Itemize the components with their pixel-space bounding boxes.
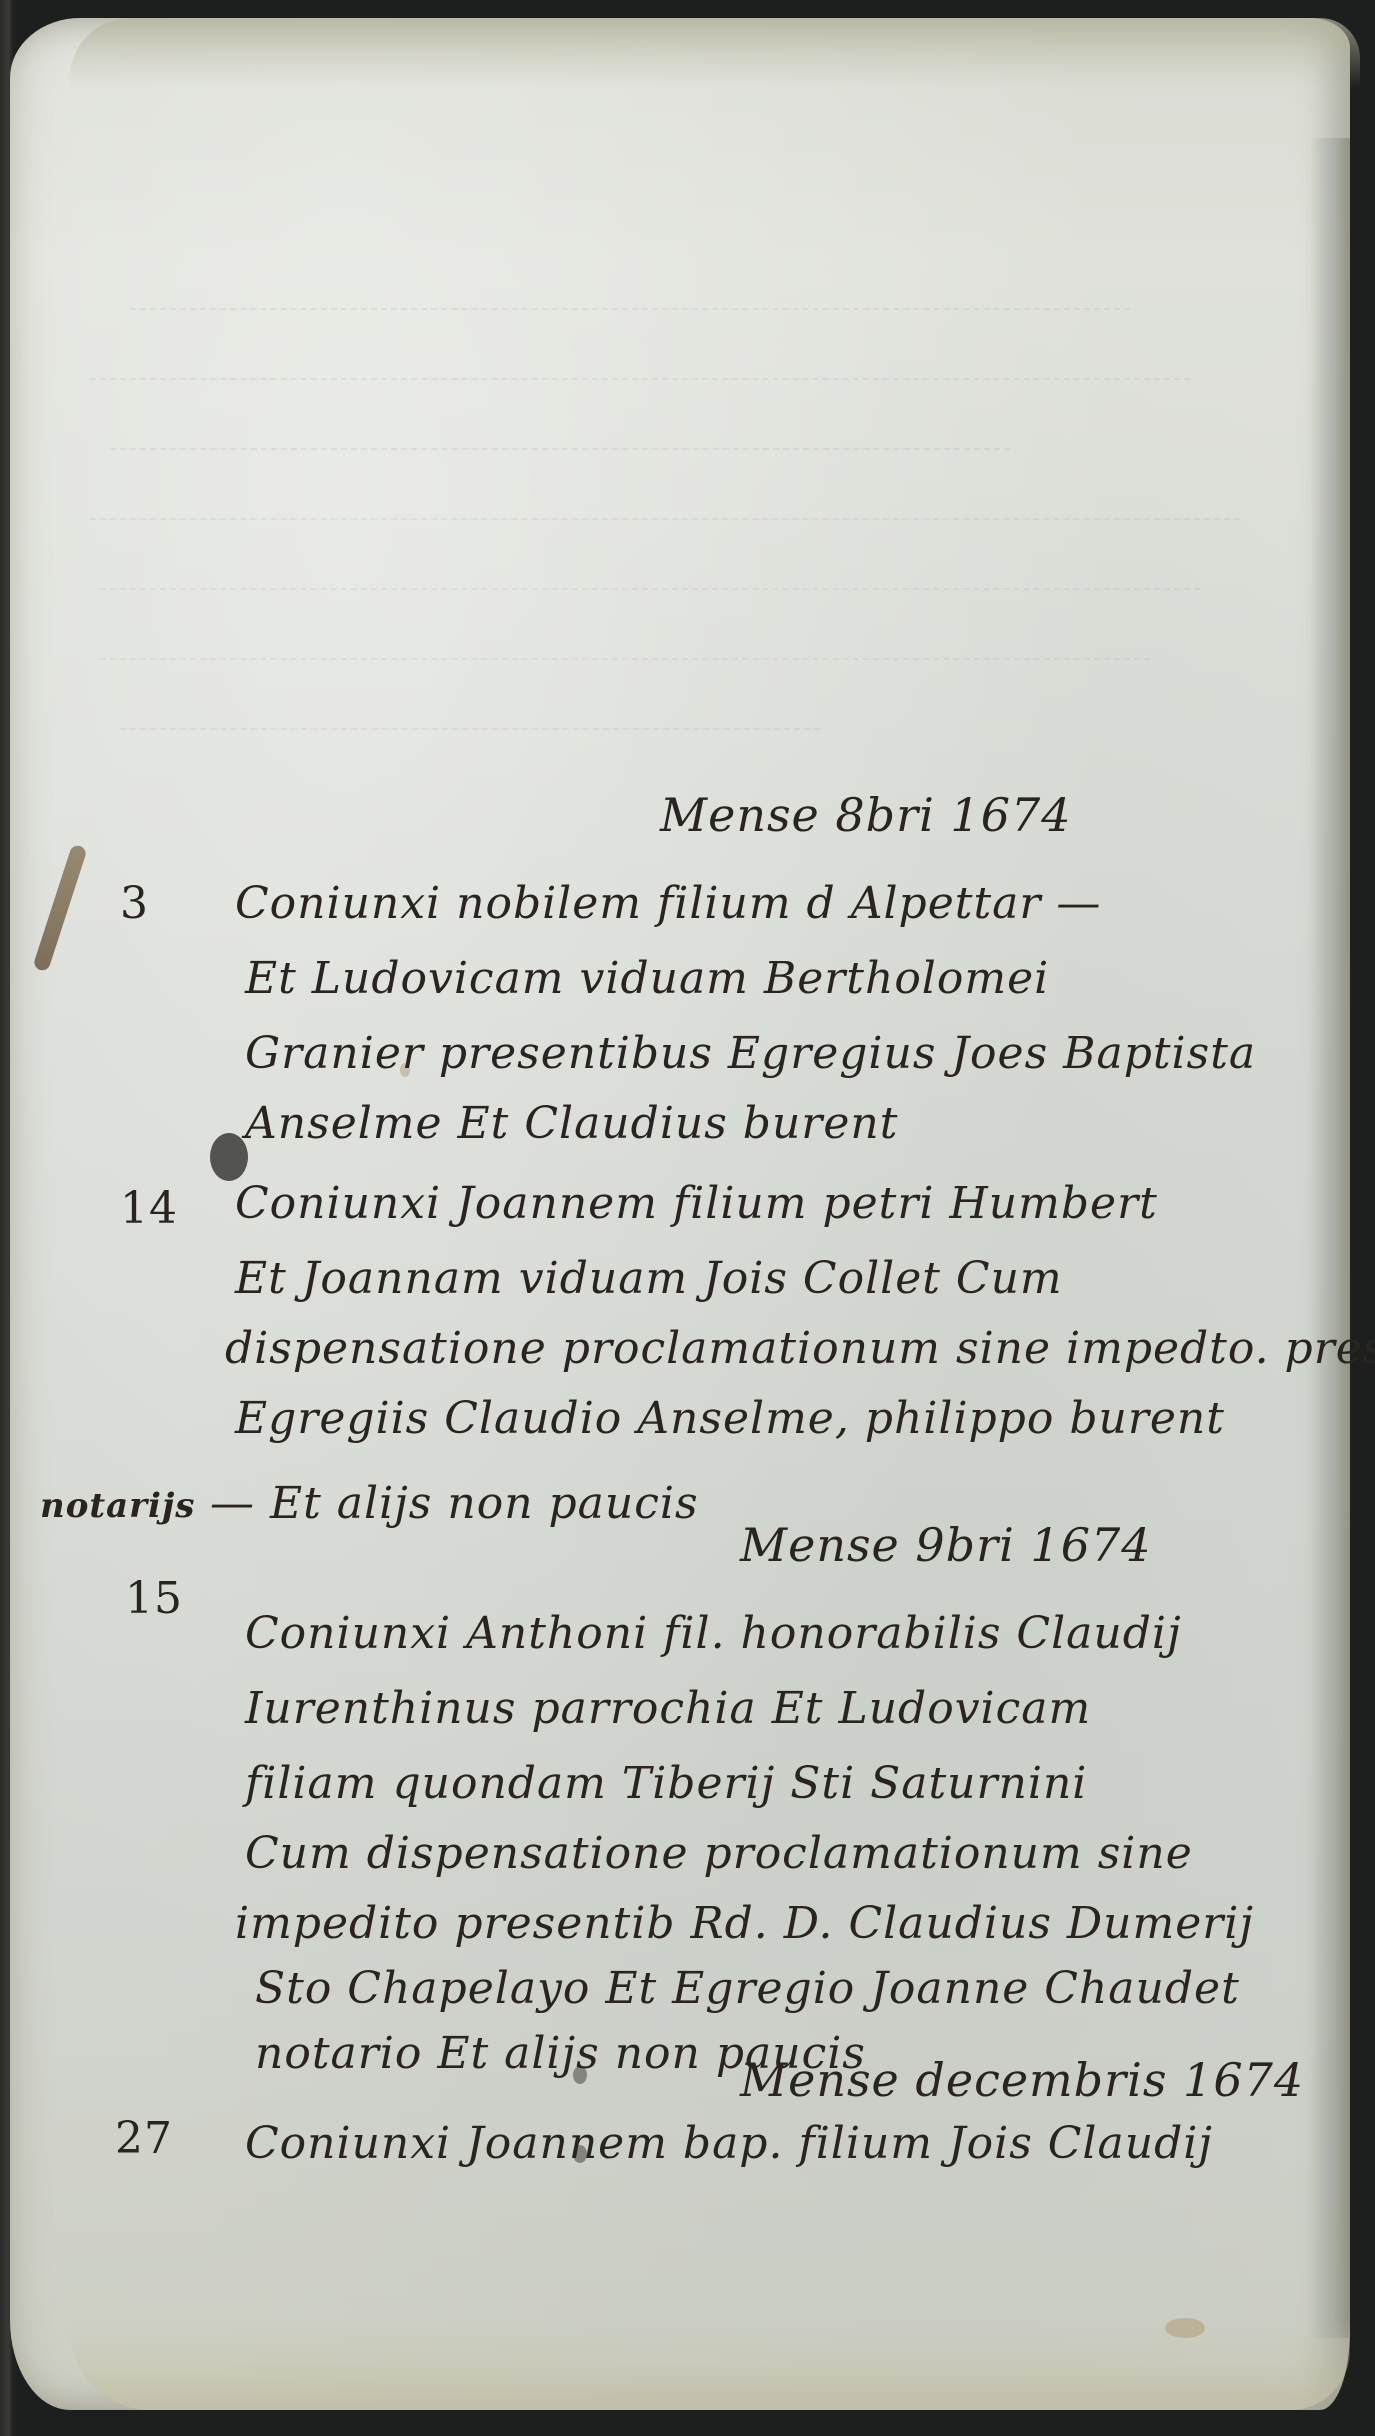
entry-line: Coniunxi Joannem filium petri Humbert (235, 1178, 1158, 1229)
bleed-through-line (90, 488, 1240, 520)
entry-line: Et Joannam viduam Jois Collet Cum (235, 1253, 1063, 1304)
entry-line: Cum dispensatione proclamationum sine (245, 1828, 1193, 1879)
section-heading-december: Mense decembris 1674 (740, 2053, 1304, 2107)
bleed-through-line (100, 628, 1150, 660)
section-heading-october: Mense 8bri 1674 (660, 788, 1072, 842)
entry-line: Coniunxi nobilem filium d Alpettar — (235, 878, 1101, 929)
page-top-edge (70, 18, 1360, 88)
entry-day-number: 27 (115, 2113, 173, 2164)
entry-line: Sto Chapelayo Et Egregio Joanne Chaudet (255, 1963, 1240, 2014)
entry-closing-line: — Et alijs non paucis (210, 1478, 699, 1529)
ink-slash-mark (32, 844, 87, 973)
bleed-through-line (90, 348, 1190, 380)
entry-line: filiam quondam Tiberij Sti Saturnini (245, 1758, 1087, 1809)
section-heading-november: Mense 9bri 1674 (740, 1518, 1152, 1572)
entry-line: Egregiis Claudio Anselme, philippo buren… (235, 1393, 1225, 1444)
bleed-through-line (110, 418, 1010, 450)
bleed-through-line (130, 278, 1130, 310)
entry-day-number: 14 (120, 1183, 178, 1234)
paper-page: Mense 8bri 1674 3 Coniunxi nobilem filiu… (10, 18, 1350, 2410)
bleed-through-line (120, 698, 820, 730)
entry-line: Et Ludovicam viduam Bertholomei (245, 953, 1049, 1004)
ink-blot (210, 1133, 248, 1181)
entry-line: impedito presentib Rd. D. Claudius Dumer… (235, 1898, 1254, 1949)
entry-line: Iurenthinus parrochia Et Ludovicam (245, 1683, 1091, 1734)
entry-day-number: 3 (120, 878, 149, 929)
entry-day-number: 15 (125, 1573, 183, 1624)
manuscript-scan: Mense 8bri 1674 3 Coniunxi nobilem filiu… (0, 0, 1375, 2436)
page-right-fold (1310, 138, 1350, 2338)
entry-line: dispensatione proclamationum sine impedt… (225, 1323, 1375, 1374)
entry-line: Anselme Et Claudius burent (245, 1098, 898, 1149)
entry-line: Granier presentibus Egregius Joes Baptis… (245, 1028, 1256, 1079)
paper-stain (1165, 2318, 1205, 2338)
entry-line: Coniunxi Joannem bap. filium Jois Claudi… (245, 2118, 1213, 2169)
page-bottom-edge (70, 2320, 1350, 2410)
entry-line: Coniunxi Anthoni fil. honorabilis Claudi… (245, 1608, 1182, 1659)
margin-note: notarijs (40, 1486, 195, 1526)
bleed-through-line (100, 558, 1200, 590)
